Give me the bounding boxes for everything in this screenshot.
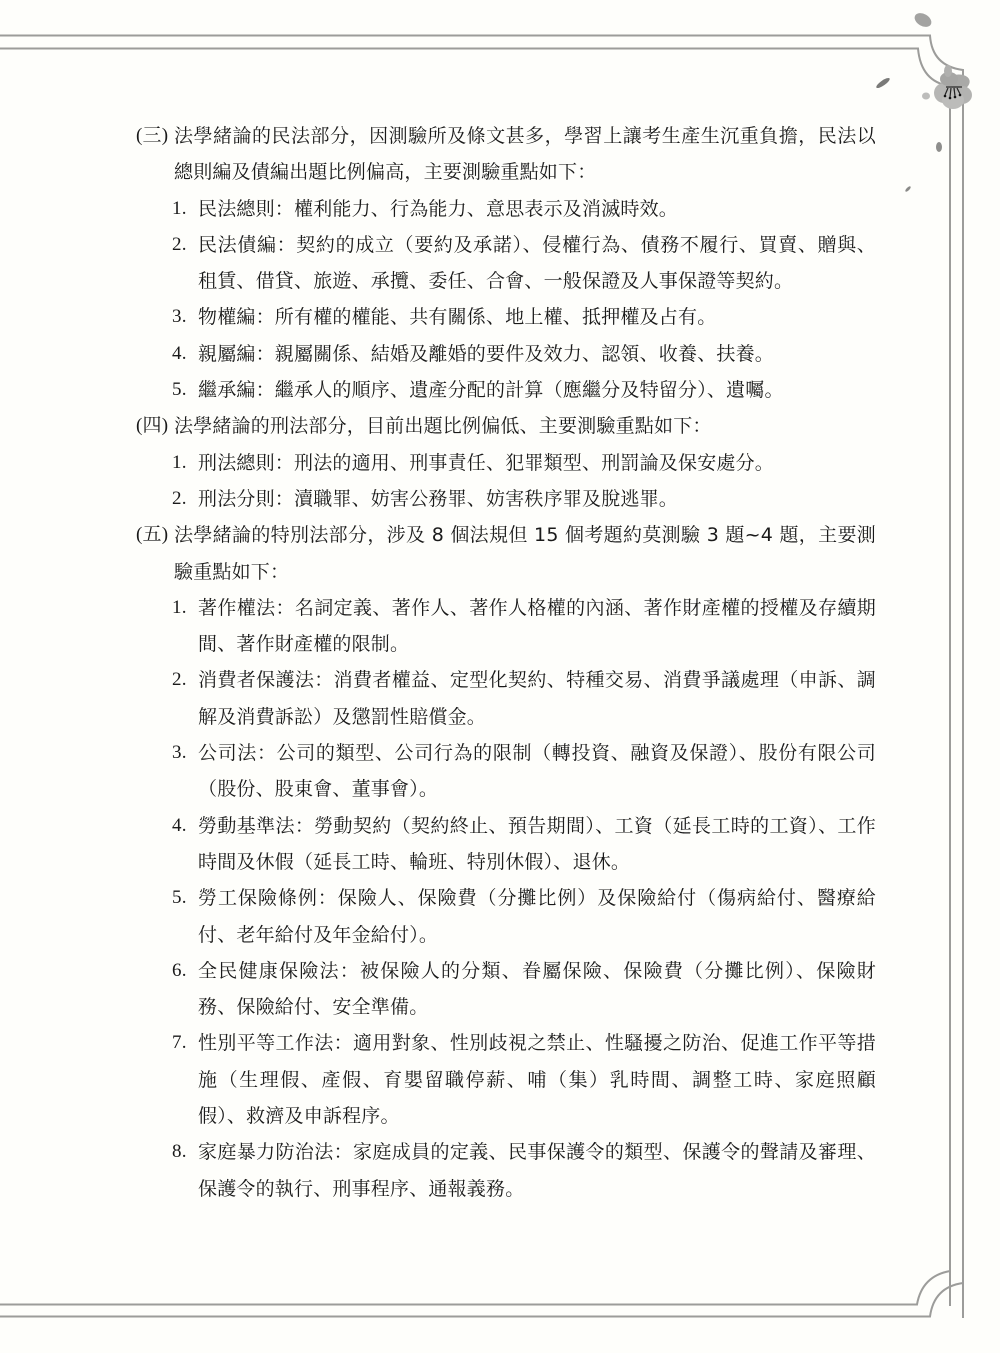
item-number: 4. — [172, 336, 187, 372]
list-item: 6. 全民健康保險法：被保險人的分類、眷屬保險、保險費（分攤比例）、保險財務、保… — [136, 953, 876, 1026]
item-number: 2. — [172, 227, 187, 263]
list-item: 1. 民法總則：權利能力、行為能力、意思表示及消滅時效。 — [136, 191, 876, 227]
item-number: 2. — [172, 662, 187, 698]
item-text: 繼承編：繼承人的順序、遺產分配的計算（應繼分及特留分）、遺囑。 — [198, 372, 876, 408]
item-number: 2. — [172, 481, 187, 517]
section-text: 法學緒論的民法部分，因測驗所及條文甚多，學習上讓考生產生沉重負擔，民法以總則編及… — [174, 118, 876, 191]
item-text: 勞動基準法：勞動契約（契約終止、預告期間）、工資（延長工時的工資）、工作時間及休… — [198, 808, 876, 881]
item-number: 5. — [172, 880, 187, 916]
item-text: 刑法總則：刑法的適用、刑事責任、犯罪類型、刑罰論及保安處分。 — [198, 445, 876, 481]
list-item: 1. 著作權法：名詞定義、著作人、著作人格權的內涵、著作財產權的授權及存續期間、… — [136, 590, 876, 663]
section-marker: (五) — [136, 517, 168, 553]
item-number: 1. — [172, 191, 187, 227]
item-text: 全民健康保險法：被保險人的分類、眷屬保險、保險費（分攤比例）、保險財務、保險給付… — [198, 953, 876, 1026]
item-text: 物權編：所有權的權能、共有關係、地上權、抵押權及占有。 — [198, 299, 876, 335]
item-text: 民法總則：權利能力、行為能力、意思表示及消滅時效。 — [198, 191, 876, 227]
section-text: 法學緒論的刑法部分，目前出題比例偏低、主要測驗重點如下： — [174, 408, 876, 444]
list-item: 7. 性別平等工作法：適用對象、性別歧視之禁止、性騷擾之防治、促進工作平等措施（… — [136, 1025, 876, 1134]
section-text: 法學緒論的特別法部分，涉及 8 個法規但 15 個考題約莫測驗 3 題~4 題，… — [174, 517, 876, 590]
item-number: 1. — [172, 590, 187, 626]
section-civil-law: (三) 法學緒論的民法部分，因測驗所及條文甚多，學習上讓考生產生沉重負擔，民法以… — [136, 118, 876, 408]
list-item: 3. 物權編：所有權的權能、共有關係、地上權、抵押權及占有。 — [136, 299, 876, 335]
item-text: 性別平等工作法：適用對象、性別歧視之禁止、性騷擾之防治、促進工作平等措施（生理假… — [198, 1025, 876, 1134]
item-text: 刑法分則：瀆職罪、妨害公務罪、妨害秩序罪及脫逃罪。 — [198, 481, 876, 517]
section-heading: (三) 法學緒論的民法部分，因測驗所及條文甚多，學習上讓考生產生沉重負擔，民法以… — [136, 118, 876, 191]
falling-petals-icon — [875, 10, 952, 192]
list-item: 8. 家庭暴力防治法：家庭成員的定義、民事保護令的類型、保護令的聲請及審理、保護… — [136, 1134, 876, 1207]
item-text: 勞工保險條例：保險人、保險費（分攤比例）及保險給付（傷病給付、醫療給付、老年給付… — [198, 880, 876, 953]
list-item: 4. 親屬編：親屬關係、結婚及離婚的要件及效力、認領、收養、扶養。 — [136, 336, 876, 372]
item-text: 家庭暴力防治法：家庭成員的定義、民事保護令的類型、保護令的聲請及審理、保護令的執… — [198, 1134, 876, 1207]
list-item: 3. 公司法：公司的類型、公司行為的限制（轉投資、融資及保證）、股份有限公司（股… — [136, 735, 876, 808]
item-number: 3. — [172, 735, 187, 771]
section-marker: (三) — [136, 118, 168, 154]
item-number: 1. — [172, 445, 187, 481]
section-heading: (四) 法學緒論的刑法部分，目前出題比例偏低、主要測驗重點如下： — [136, 408, 876, 444]
item-number: 5. — [172, 372, 187, 408]
section-special-law: (五) 法學緒論的特別法部分，涉及 8 個法規但 15 個考題約莫測驗 3 題~… — [136, 517, 876, 1207]
item-number: 8. — [172, 1134, 187, 1170]
item-text: 民法債編：契約的成立（要約及承諾）、侵權行為、債務不履行、買賣、贈與、租賃、借貸… — [198, 227, 876, 300]
document-body: (三) 法學緒論的民法部分，因測驗所及條文甚多，學習上讓考生產生沉重負擔，民法以… — [136, 118, 876, 1207]
item-text: 消費者保護法：消費者權益、定型化契約、特種交易、消費爭議處理（申訴、調解及消費訴… — [198, 662, 876, 735]
item-text: 著作權法：名詞定義、著作人、著作人格權的內涵、著作財產權的授權及存續期間、著作財… — [198, 590, 876, 663]
section-criminal-law: (四) 法學緒論的刑法部分，目前出題比例偏低、主要測驗重點如下： 1. 刑法總則… — [136, 408, 876, 517]
item-number: 7. — [172, 1025, 187, 1061]
list-item: 1. 刑法總則：刑法的適用、刑事責任、犯罪類型、刑罰論及保安處分。 — [136, 445, 876, 481]
item-number: 4. — [172, 808, 187, 844]
list-item: 4. 勞動基準法：勞動契約（契約終止、預告期間）、工資（延長工時的工資）、工作時… — [136, 808, 876, 881]
list-item: 5. 勞工保險條例：保險人、保險費（分攤比例）及保險給付（傷病給付、醫療給付、老… — [136, 880, 876, 953]
section-heading: (五) 法學緒論的特別法部分，涉及 8 個法規但 15 個考題約莫測驗 3 題~… — [136, 517, 876, 590]
plum-blossom-icon — [934, 71, 972, 109]
list-item: 2. 消費者保護法：消費者權益、定型化契約、特種交易、消費爭議處理（申訴、調解及… — [136, 662, 876, 735]
item-text: 公司法：公司的類型、公司行為的限制（轉投資、融資及保證）、股份有限公司（股份、股… — [198, 735, 876, 808]
list-item: 2. 民法債編：契約的成立（要約及承諾）、侵權行為、債務不履行、買賣、贈與、租賃… — [136, 227, 876, 300]
item-number: 3. — [172, 299, 187, 335]
list-item: 2. 刑法分則：瀆職罪、妨害公務罪、妨害秩序罪及脫逃罪。 — [136, 481, 876, 517]
item-number: 6. — [172, 953, 187, 989]
list-item: 5. 繼承編：繼承人的順序、遺產分配的計算（應繼分及特留分）、遺囑。 — [136, 372, 876, 408]
item-text: 親屬編：親屬關係、結婚及離婚的要件及效力、認領、收養、扶養。 — [198, 336, 876, 372]
section-marker: (四) — [136, 408, 168, 444]
